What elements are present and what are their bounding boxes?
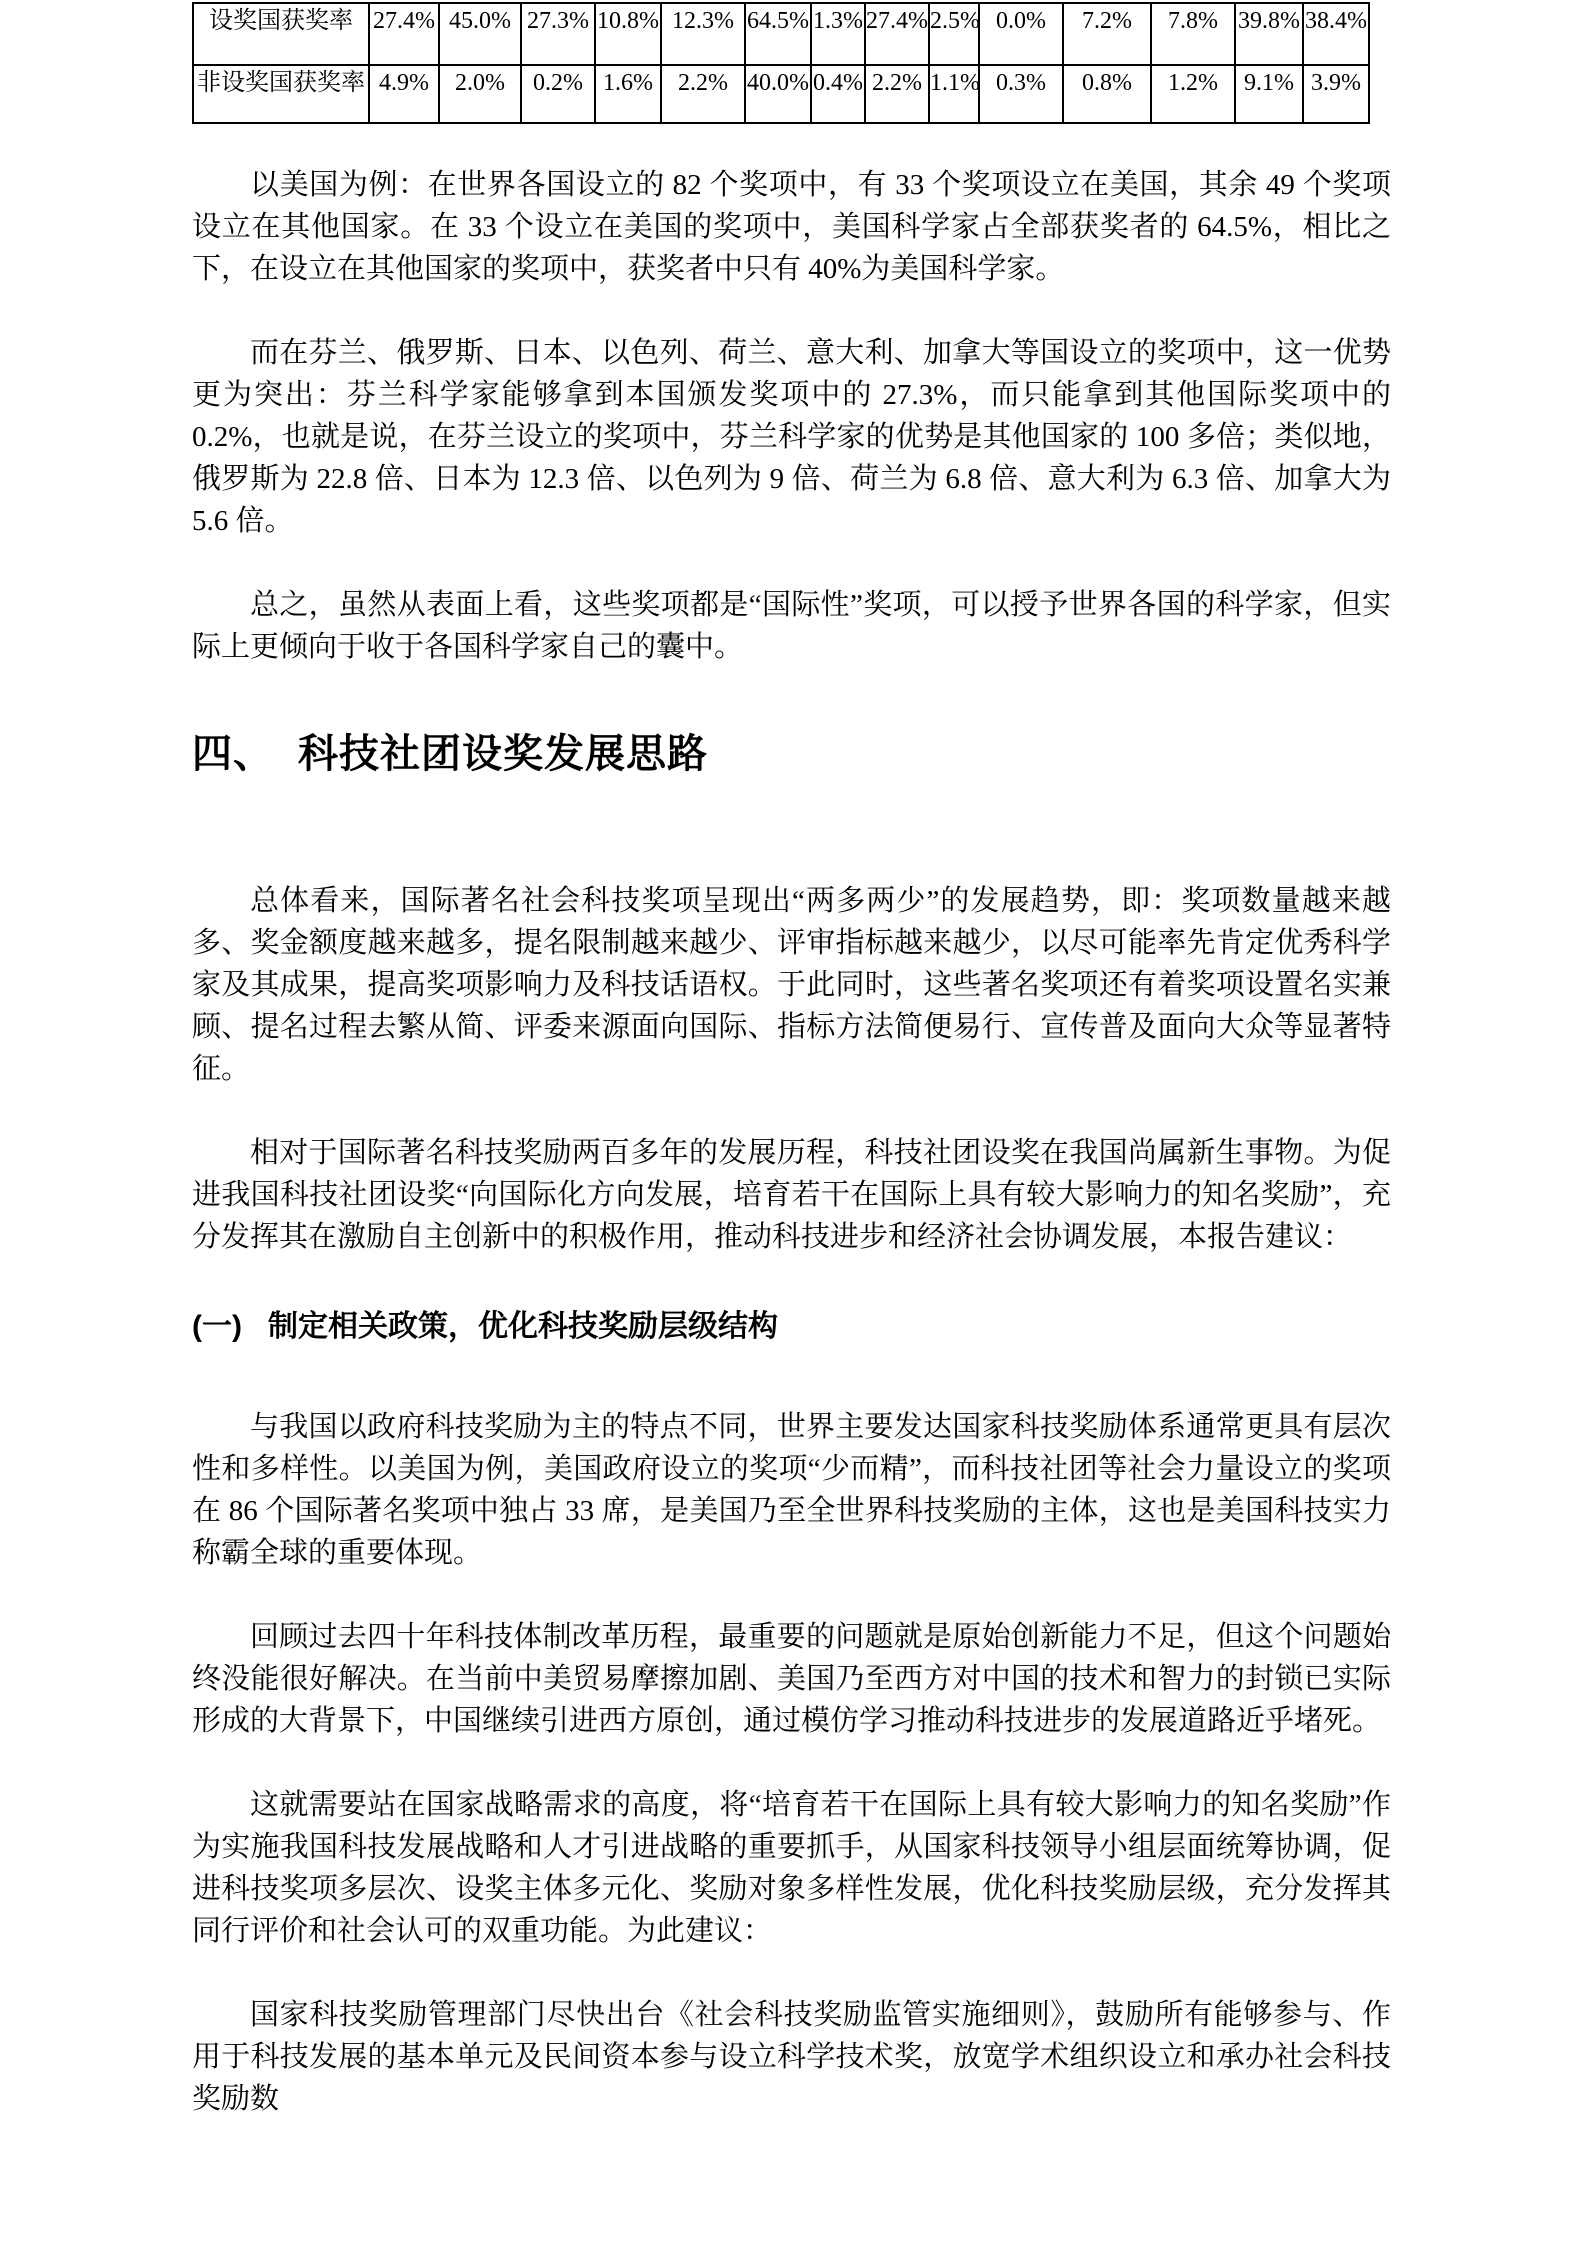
rate-value-cell: 39.8% bbox=[1235, 3, 1303, 65]
rate-value-cell: 1.3% bbox=[811, 3, 865, 65]
rate-value-cell: 64.5% bbox=[745, 3, 811, 65]
rate-value-cell: 0.3% bbox=[979, 65, 1063, 123]
table-row: 非设奖国获奖率4.9%2.0%0.2%1.6%2.2%40.0%0.4%2.2%… bbox=[193, 65, 1369, 123]
rate-value-cell: 2.5% bbox=[929, 3, 979, 65]
rate-value-cell: 1.2% bbox=[1151, 65, 1235, 123]
rate-value-cell: 2.2% bbox=[661, 65, 745, 123]
rate-value-cell: 1.6% bbox=[595, 65, 661, 123]
subsection-title: 制定相关政策，优化科技奖励层级结构 bbox=[268, 1310, 778, 1343]
subsection-1-heading: (一)制定相关政策，优化科技奖励层级结构 bbox=[192, 1306, 1391, 1348]
table-row: 设奖国获奖率27.4%45.0%27.3%10.8%12.3%64.5%1.3%… bbox=[193, 3, 1369, 65]
rate-value-cell: 7.8% bbox=[1151, 3, 1235, 65]
section-number: 四、 bbox=[192, 732, 274, 776]
rate-value-cell: 27.4% bbox=[865, 3, 929, 65]
rate-value-cell: 40.0% bbox=[745, 65, 811, 123]
award-rate-table: 设奖国获奖率27.4%45.0%27.3%10.8%12.3%64.5%1.3%… bbox=[192, 2, 1370, 124]
paragraph-china-new-phenomenon: 相对于国际著名科技奖励两百多年的发展历程，科技社团设奖在我国尚属新生事物。为促进… bbox=[192, 1132, 1391, 1258]
rate-value-cell: 27.4% bbox=[369, 3, 439, 65]
paragraph-summary: 总之，虽然从表面上看，这些奖项都是“国际性”奖项，可以授予世界各国的科学家，但实… bbox=[192, 584, 1391, 668]
paragraph-us-award-hierarchy: 与我国以政府科技奖励为主的特点不同，世界主要发达国家科技奖励体系通常更具有层次性… bbox=[192, 1406, 1391, 1574]
rate-value-cell: 2.2% bbox=[865, 65, 929, 123]
rate-value-cell: 12.3% bbox=[661, 3, 745, 65]
rate-value-cell: 45.0% bbox=[439, 3, 521, 65]
section-4-heading: 四、科技社团设奖发展思路 bbox=[192, 726, 1391, 782]
paragraph-host-country-advantage: 而在芬兰、俄罗斯、日本、以色列、荷兰、意大利、加拿大等国设立的奖项中，这一优势更… bbox=[192, 332, 1391, 542]
rate-value-cell: 2.0% bbox=[439, 65, 521, 123]
rate-value-cell: 0.4% bbox=[811, 65, 865, 123]
rate-value-cell: 0.0% bbox=[979, 3, 1063, 65]
rate-value-cell: 3.9% bbox=[1303, 65, 1369, 123]
paragraph-us-example: 以美国为例：在世界各国设立的 82 个奖项中，有 33 个奖项设立在美国，其余 … bbox=[192, 164, 1391, 290]
section-title: 科技社团设奖发展思路 bbox=[298, 732, 708, 776]
document-page: 设奖国获奖率27.4%45.0%27.3%10.8%12.3%64.5%1.3%… bbox=[0, 0, 1587, 2245]
paragraph-development-trends: 总体看来，国际著名社会科技奖项呈现出“两多两少”的发展趋势，即：奖项数量越来越多… bbox=[192, 880, 1391, 1090]
paragraph-regulation-proposal: 国家科技奖励管理部门尽快出台《社会科技奖励监管实施细则》，鼓励所有能够参与、作用… bbox=[192, 1994, 1391, 2120]
paragraph-national-strategy: 这就需要站在国家战略需求的高度，将“培育若干在国际上具有较大影响力的知名奖励”作… bbox=[192, 1784, 1391, 1952]
row-label-cell: 非设奖国获奖率 bbox=[193, 65, 369, 123]
rate-value-cell: 0.2% bbox=[521, 65, 595, 123]
rate-value-cell: 38.4% bbox=[1303, 3, 1369, 65]
rate-value-cell: 1.1% bbox=[929, 65, 979, 123]
rate-value-cell: 10.8% bbox=[595, 3, 661, 65]
rate-value-cell: 7.2% bbox=[1063, 3, 1151, 65]
row-label-cell: 设奖国获奖率 bbox=[193, 3, 369, 65]
rate-value-cell: 27.3% bbox=[521, 3, 595, 65]
rate-value-cell: 9.1% bbox=[1235, 65, 1303, 123]
paragraph-reform-review: 回顾过去四十年科技体制改革历程，最重要的问题就是原始创新能力不足，但这个问题始终… bbox=[192, 1616, 1391, 1742]
document-content: 设奖国获奖率27.4%45.0%27.3%10.8%12.3%64.5%1.3%… bbox=[0, 2, 1587, 2120]
rate-value-cell: 4.9% bbox=[369, 65, 439, 123]
rate-value-cell: 0.8% bbox=[1063, 65, 1151, 123]
subsection-number: (一) bbox=[192, 1310, 242, 1343]
